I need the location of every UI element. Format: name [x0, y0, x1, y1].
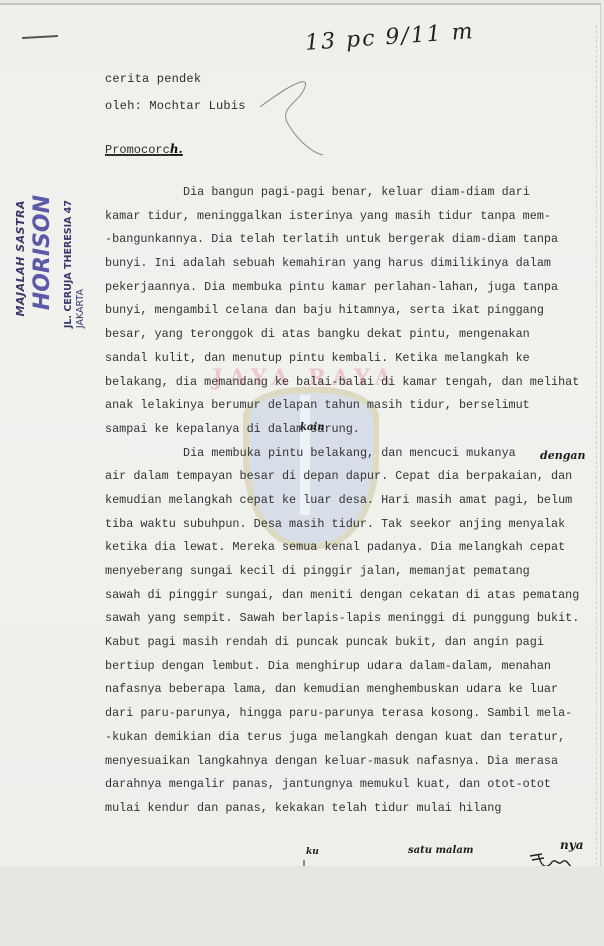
annotation-dengan: dengan — [540, 449, 586, 462]
stamp-brand-logo: HORISON — [30, 195, 55, 310]
annotation-kain: kain — [300, 422, 324, 433]
typed-line: mulai kendur dan panas, kekakan telah ti… — [105, 797, 597, 821]
typed-line: sandal kulit, dan menutup pintu kembali.… — [105, 347, 597, 371]
typed-line: bunyi. Ini adalah sebuah kemahiran yang … — [105, 252, 597, 276]
typed-line: Dia membuka pintu belakang, dan mencuci … — [105, 442, 597, 466]
handwritten-page-note: 13 pc 9/11 m — [304, 19, 475, 56]
typed-line: dari paru-parunya, hingga paru-parunya t… — [105, 702, 597, 726]
typed-line: bertiup dengan lembut. Dia menghirup uda… — [105, 655, 597, 679]
typed-line: menyeberang sungai kecil di pinggir jala… — [105, 560, 597, 584]
stamp-address-line1: JL. CERUJA THERESIA 47 — [63, 200, 75, 328]
typed-line: besar, yang teronggok di atas bangku dek… — [105, 323, 597, 347]
stamp-address: JL. CERUJA THERESIA 47 JAKARTA — [63, 200, 87, 328]
pencil-dash-mark — [22, 35, 58, 39]
typed-line: kamar tidur, meninggalkan isterinya yang… — [105, 205, 597, 229]
typed-line: ketika dia lewat. Mereka semua kenal pad… — [105, 536, 597, 560]
typed-line: sawah yang sempit. Sawah berlapis-lapis … — [105, 607, 597, 631]
typed-line: Dia bangun pagi-pagi benar, keluar diam-… — [105, 181, 597, 205]
scan-background — [0, 866, 604, 946]
typed-line: pekerjaannya. Dia membuka pintu kamar pe… — [105, 276, 597, 300]
annotation-satu-malam: satu malam — [408, 845, 473, 856]
typed-line: nafasnya beberapa lama, dan kemudian men… — [105, 678, 597, 702]
typed-line: air dalam tempayan besar di depan dapur.… — [105, 465, 597, 489]
story-title: Promocorch. — [105, 142, 183, 157]
typed-line: kemudian melangkah cepat ke luar desa. H… — [105, 489, 597, 513]
manuscript-page: 13 pc 9/11 m cerita pendek oleh: Mochtar… — [0, 3, 601, 868]
typed-line: tiba waktu subuhpun. Desa masih tidur. T… — [105, 513, 597, 537]
author-line: oleh: Mochtar Lubis — [105, 99, 246, 113]
annotation-ku: ku — [306, 847, 319, 857]
title-handwritten-suffix: h. — [170, 142, 183, 156]
typed-line: -kukan demikian dia terus juga melangkah… — [105, 726, 597, 750]
typed-line: belakang, dia memandang ke balai-balai d… — [105, 371, 597, 395]
typed-line: anak lelakinya berumur delapan tahun mas… — [105, 394, 597, 418]
typed-line: bunyi, mengambil celana dan baju hitamny… — [105, 299, 597, 323]
stamp-magazine-label: MAJALAH SASTRA — [14, 200, 27, 316]
typed-line: -bangunkannya. Dia telah terlatih untuk … — [105, 228, 597, 252]
story-body: Dia bangun pagi-pagi benar, keluar diam-… — [105, 181, 597, 821]
title-typed: Promocorc — [105, 143, 170, 157]
typed-line: sawah di pinggir sungai, dan meniti deng… — [105, 584, 597, 608]
genre-line: cerita pendek — [105, 72, 201, 86]
typed-line: sampai ke kepalanya di dalam sarung. — [105, 418, 597, 442]
typed-line: darahnya mengalir panas, jantungnya memu… — [105, 773, 597, 797]
typed-line: menyesuaikan langkahnya dengan keluar-ma… — [105, 750, 597, 774]
typed-line: Kabut pagi masih rendah di puncak puncak… — [105, 631, 597, 655]
pencil-curl-mark — [255, 67, 325, 157]
stamp-address-line2: JAKARTA — [75, 200, 87, 328]
